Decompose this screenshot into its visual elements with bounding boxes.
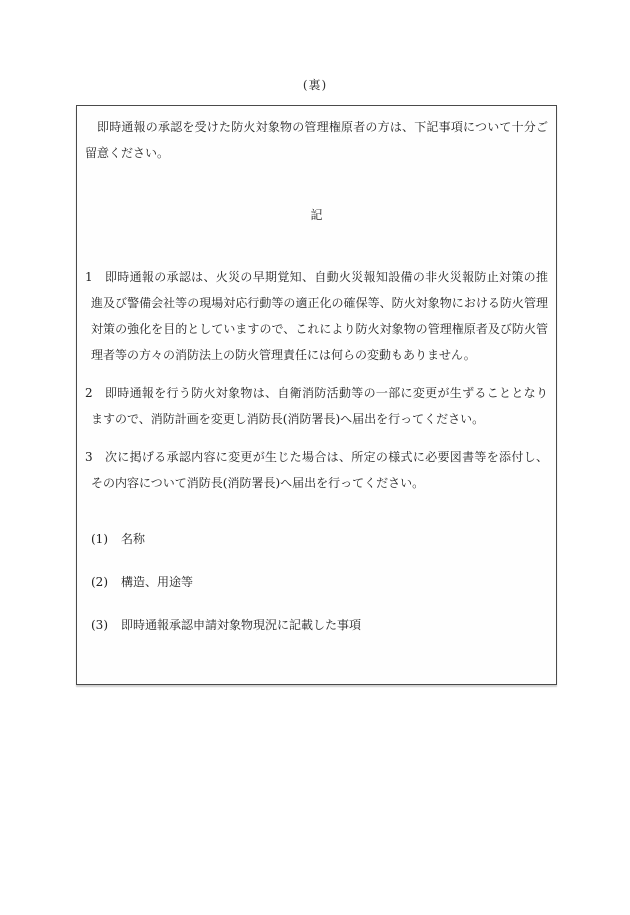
page-side-label: (裏) <box>0 0 630 94</box>
sub-item-1: (1)名称 <box>85 526 548 552</box>
list-item-2: 2即時通報を行う防火対象物は、自衛消防活動等の一部に変更が生ずることとなりますの… <box>85 380 548 432</box>
intro-paragraph: 即時通報の承認を受けた防火対象物の管理権原者の方は、下記事項について十分ご留意く… <box>85 114 548 166</box>
list-item-1-number: 1 <box>85 270 93 284</box>
sub-item-3-number: (3) <box>91 612 121 638</box>
list-item-1-text: 即時通報の承認は、火災の早期覚知、自動火災報知設備の非火災報防止対策の推進及び警… <box>91 270 548 362</box>
list-item-3-text: 次に掲げる承認内容に変更が生じた場合は、所定の様式に必要図書等を添付し、その内容… <box>91 450 548 490</box>
list-item-3: 3次に掲げる承認内容に変更が生じた場合は、所定の様式に必要図書等を添付し、その内… <box>85 444 548 496</box>
list-item-3-number: 3 <box>85 450 93 464</box>
record-heading: 記 <box>85 202 548 228</box>
list-item-1: 1即時通報の承認は、火災の早期覚知、自動火災報知設備の非火災報防止対策の推進及び… <box>85 264 548 368</box>
sub-item-2: (2)構造、用途等 <box>85 569 548 595</box>
sub-item-1-number: (1) <box>91 526 121 552</box>
sub-item-3-text: 即時通報承認申請対象物現況に記載した事項 <box>121 618 361 632</box>
document-page: (裏) 即時通報の承認を受けた防火対象物の管理権原者の方は、下記事項について十分… <box>0 0 630 915</box>
sub-item-3: (3)即時通報承認申請対象物現況に記載した事項 <box>85 612 548 638</box>
notice-box: 即時通報の承認を受けた防火対象物の管理権原者の方は、下記事項について十分ご留意く… <box>76 105 557 685</box>
sub-item-2-text: 構造、用途等 <box>121 575 193 589</box>
list-item-2-number: 2 <box>85 386 93 400</box>
sub-item-2-number: (2) <box>91 569 121 595</box>
list-item-2-text: 即時通報を行う防火対象物は、自衛消防活動等の一部に変更が生ずることとなりますので… <box>91 386 548 426</box>
sub-item-1-text: 名称 <box>121 532 145 546</box>
